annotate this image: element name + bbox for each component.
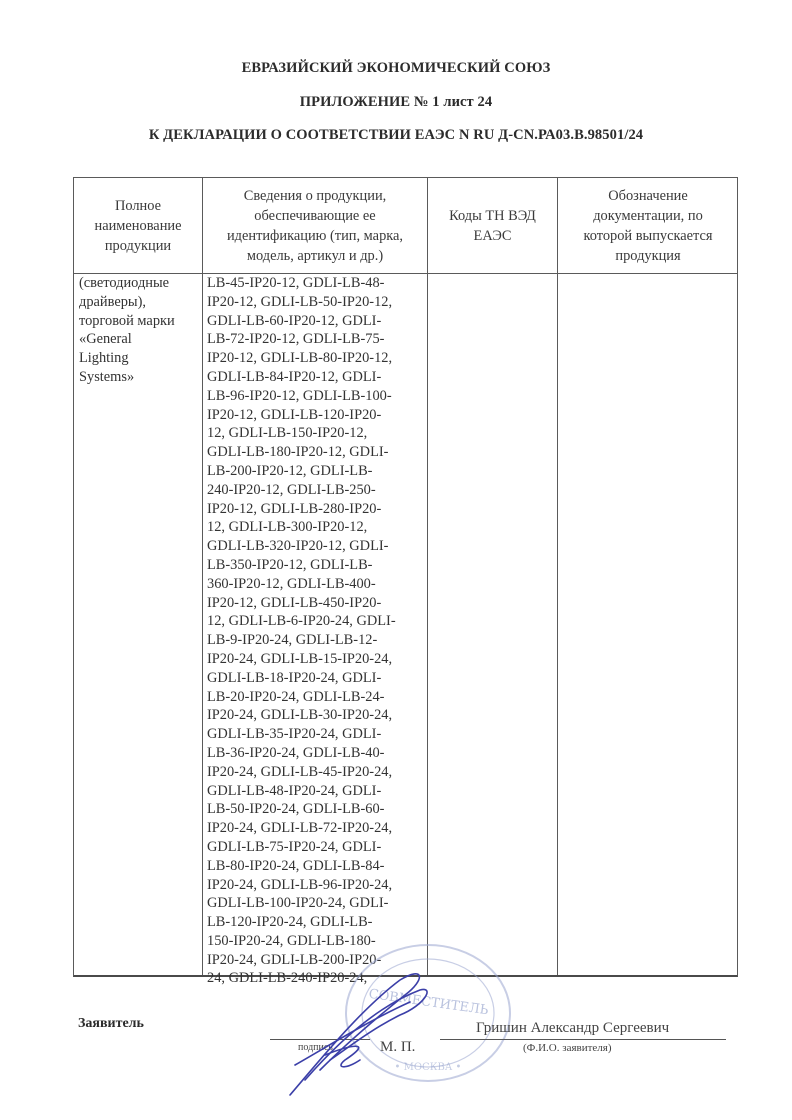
applicant-name: Гришин Александр Сергеевич — [476, 1020, 669, 1037]
model-list-line: IP20-24, GDLI-LB-15-IP20-24, — [207, 650, 429, 669]
model-list-line: IP20-24, GDLI-LB-200-IP20- — [207, 951, 429, 970]
svg-text:СОВМЕСТИТЕЛЬ: СОВМЕСТИТЕЛЬ — [368, 987, 490, 1019]
column-header-product-name: Полное наименование продукции — [74, 178, 202, 274]
model-list-line: IP20-24, GDLI-LB-45-IP20-24, — [207, 763, 429, 782]
name-caption: (Ф.И.О. заявителя) — [523, 1042, 612, 1054]
model-list-line: GDLI-LB-100-IP20-24, GDLI- — [207, 894, 429, 913]
column-divider — [557, 178, 558, 975]
name-line — [440, 1039, 726, 1040]
model-list-line: 12, GDLI-LB-300-IP20-12, — [207, 518, 429, 537]
column-header-documentation: Обозначение документации, по которой вып… — [558, 178, 738, 274]
model-list-line: IP20-12, GDLI-LB-80-IP20-12, — [207, 349, 429, 368]
model-list-line: LB-20-IP20-24, GDLI-LB-24- — [207, 688, 429, 707]
applicant-label: Заявитель — [78, 1016, 144, 1032]
model-list-line: LB-96-IP20-12, GDLI-LB-100- — [207, 387, 429, 406]
model-list-line: LB-9-IP20-24, GDLI-LB-12- — [207, 631, 429, 650]
model-list-line: 360-IP20-12, GDLI-LB-400- — [207, 575, 429, 594]
product-name-line: (светодиодные — [79, 274, 199, 293]
product-name-line: «General — [79, 330, 199, 349]
model-list-line: GDLI-LB-75-IP20-24, GDLI- — [207, 838, 429, 857]
model-list-line: LB-120-IP20-24, GDLI-LB- — [207, 913, 429, 932]
product-name-line: драйверы), — [79, 293, 199, 312]
signature-caption: подпись — [298, 1042, 333, 1053]
column-divider — [202, 178, 203, 975]
model-list-line: 12, GDLI-LB-150-IP20-12, — [207, 424, 429, 443]
model-list-line: GDLI-LB-48-IP20-24, GDLI- — [207, 782, 429, 801]
model-list-line: GDLI-LB-180-IP20-12, GDLI- — [207, 443, 429, 462]
cell-product-name: (светодиодныедрайверы),торговой марки«Ge… — [79, 274, 199, 387]
product-name-line: торговой марки — [79, 312, 199, 331]
product-name-line: Lighting — [79, 349, 199, 368]
model-list-line: LB-200-IP20-12, GDLI-LB- — [207, 462, 429, 481]
model-list-line: IP20-24, GDLI-LB-30-IP20-24, — [207, 706, 429, 725]
model-list-line: 240-IP20-12, GDLI-LB-250- — [207, 481, 429, 500]
model-list-line: LB-50-IP20-24, GDLI-LB-60- — [207, 800, 429, 819]
appendix-title: ПРИЛОЖЕНИЕ № 1 лист 24 — [0, 94, 792, 111]
column-header-hs-codes: Коды ТН ВЭД ЕАЭС — [428, 178, 557, 274]
model-list-line: IP20-12, GDLI-LB-450-IP20- — [207, 594, 429, 613]
column-header-identification: Сведения о продукции, обеспечивающие ее … — [203, 178, 427, 274]
model-list-line: GDLI-LB-18-IP20-24, GDLI- — [207, 669, 429, 688]
model-list-line: LB-45-IP20-12, GDLI-LB-48- — [207, 274, 429, 293]
declaration-title: К ДЕКЛАРАЦИИ О СООТВЕТСТВИИ ЕАЭС N RU Д-… — [0, 127, 792, 144]
model-list-line: GDLI-LB-320-IP20-12, GDLI- — [207, 537, 429, 556]
model-list-line: 24, GDLI-LB-240-IP20-24, — [207, 969, 429, 988]
model-list-line: IP20-12, GDLI-LB-280-IP20- — [207, 500, 429, 519]
union-title: ЕВРАЗИЙСКИЙ ЭКОНОМИЧЕСКИЙ СОЮЗ — [0, 60, 792, 77]
model-list-line: LB-36-IP20-24, GDLI-LB-40- — [207, 744, 429, 763]
cell-identification: LB-45-IP20-12, GDLI-LB-48-IP20-12, GDLI-… — [207, 274, 429, 988]
signature-line — [270, 1039, 370, 1040]
model-list-line: 150-IP20-24, GDLI-LB-180- — [207, 932, 429, 951]
model-list-line: IP20-12, GDLI-LB-50-IP20-12, — [207, 293, 429, 312]
model-list-line: IP20-24, GDLI-LB-96-IP20-24, — [207, 876, 429, 895]
model-list-line: LB-72-IP20-12, GDLI-LB-75- — [207, 330, 429, 349]
model-list-line: IP20-24, GDLI-LB-72-IP20-24, — [207, 819, 429, 838]
model-list-line: 12, GDLI-LB-6-IP20-24, GDLI- — [207, 612, 429, 631]
model-list-line: IP20-12, GDLI-LB-120-IP20- — [207, 406, 429, 425]
model-list-line: LB-350-IP20-12, GDLI-LB- — [207, 556, 429, 575]
model-list-line: GDLI-LB-35-IP20-24, GDLI- — [207, 725, 429, 744]
products-table: Полное наименование продукции Сведения о… — [73, 177, 738, 977]
svg-text:• МОСКВА •: • МОСКВА • — [395, 1062, 462, 1073]
product-name-line: Systems» — [79, 368, 199, 387]
model-list-line: GDLI-LB-60-IP20-12, GDLI- — [207, 312, 429, 331]
seal-placeholder-label: М. П. — [380, 1039, 415, 1056]
model-list-line: LB-80-IP20-24, GDLI-LB-84- — [207, 857, 429, 876]
model-list-line: GDLI-LB-84-IP20-12, GDLI- — [207, 368, 429, 387]
